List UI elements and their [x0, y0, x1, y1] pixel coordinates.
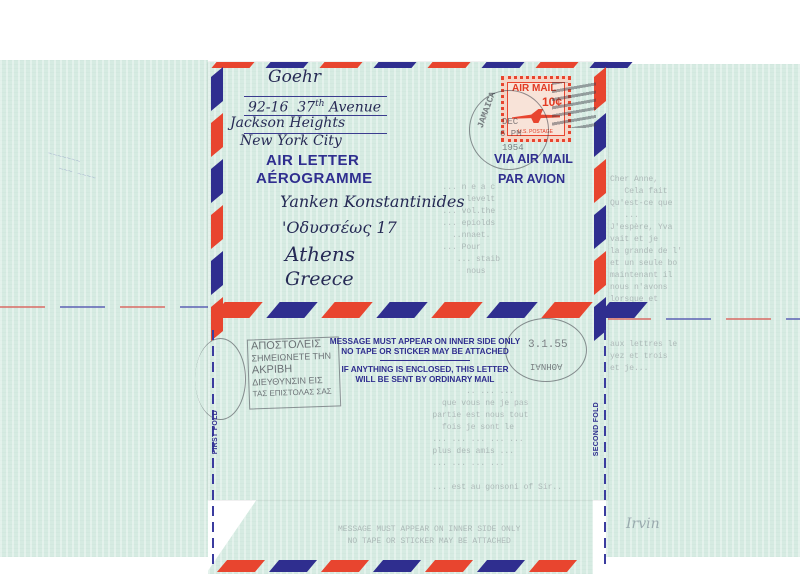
- street-number: 92-16: [248, 100, 288, 116]
- notice-line-3: IF ANYTHING IS ENCLOSED, THIS LETTER: [290, 365, 560, 375]
- street-suffix: th: [315, 99, 324, 109]
- recipient-street: 'Οδυσσέως 17: [282, 218, 397, 237]
- notice-divider: [380, 360, 470, 361]
- sender-street: 92-16 37th Avenue: [248, 99, 381, 116]
- par-avion-label: PAR AVION: [498, 172, 565, 186]
- sender-neighborhood: Jackson Heights: [230, 115, 345, 131]
- show-through-typed-text: Cher Anne, Cela fait Qu'est-ce que ... J…: [610, 174, 682, 306]
- bottom-flap: MESSAGE MUST APPEAR ON INNER SIDE ONLY N…: [208, 492, 593, 574]
- title-aerogramme: AÉROGRAMME: [256, 170, 373, 187]
- recipient-city: Athens: [285, 242, 355, 266]
- faint-ink-mark: ~~~~~~~ ~~~ ~~~~: [43, 149, 100, 186]
- recipient-country: Greece: [285, 268, 354, 290]
- postmark-time: 6 PM: [500, 129, 522, 139]
- notice-line-2: NO TAPE OR STICKER MAY BE ATTACHED: [290, 347, 560, 357]
- notice-line-1: MESSAGE MUST APPEAR ON INNER SIDE ONLY: [290, 337, 560, 347]
- airmail-border-bottom: [222, 560, 572, 572]
- left-panel: ~~~~~~~ ~~~ ~~~~: [0, 60, 208, 557]
- address-line: [244, 96, 387, 97]
- fold-crease: [0, 306, 208, 308]
- recipient-name: Yanken Konstantinides: [280, 192, 465, 211]
- partial-postmark: [195, 338, 246, 420]
- show-through-text: MESSAGE MUST APPEAR ON INNER SIDE ONLY N…: [338, 524, 520, 548]
- postal-notice: MESSAGE MUST APPEAR ON INNER SIDE ONLY N…: [290, 337, 560, 385]
- second-fold-guide: [604, 330, 606, 570]
- show-through-typed-text: aux lettres le yez et trois et je...: [610, 339, 677, 375]
- show-through-signature: Irvin: [626, 516, 660, 532]
- fold-crease: [606, 318, 800, 320]
- street-word: Avenue: [329, 100, 381, 116]
- title-air-letter: AIR LETTER: [266, 152, 359, 169]
- sender-city: New York City: [240, 133, 342, 149]
- airmail-border-left: [211, 72, 223, 336]
- cancellation-lines: [552, 82, 596, 128]
- first-fold-label: FIRST FOLD: [212, 410, 219, 454]
- greek-stamp-line: ΤΑΣ ΕΠΙΣΤΟΛΑΣ ΣΑΣ: [250, 385, 340, 400]
- via-air-mail-label: VIA AIR MAIL: [494, 152, 573, 166]
- show-through-typed-text: : ... n e a c ... levelt ... vol.the ...…: [428, 170, 543, 278]
- second-fold-label: SECOND FOLD: [593, 402, 600, 456]
- street-name: 37: [297, 100, 315, 116]
- airmail-border-middle: [218, 302, 641, 318]
- notice-line-4: WILL BE SENT BY ORDINARY MAIL: [290, 375, 560, 385]
- sender-name: Goehr: [268, 67, 321, 87]
- postmark-month: DEC: [502, 117, 518, 127]
